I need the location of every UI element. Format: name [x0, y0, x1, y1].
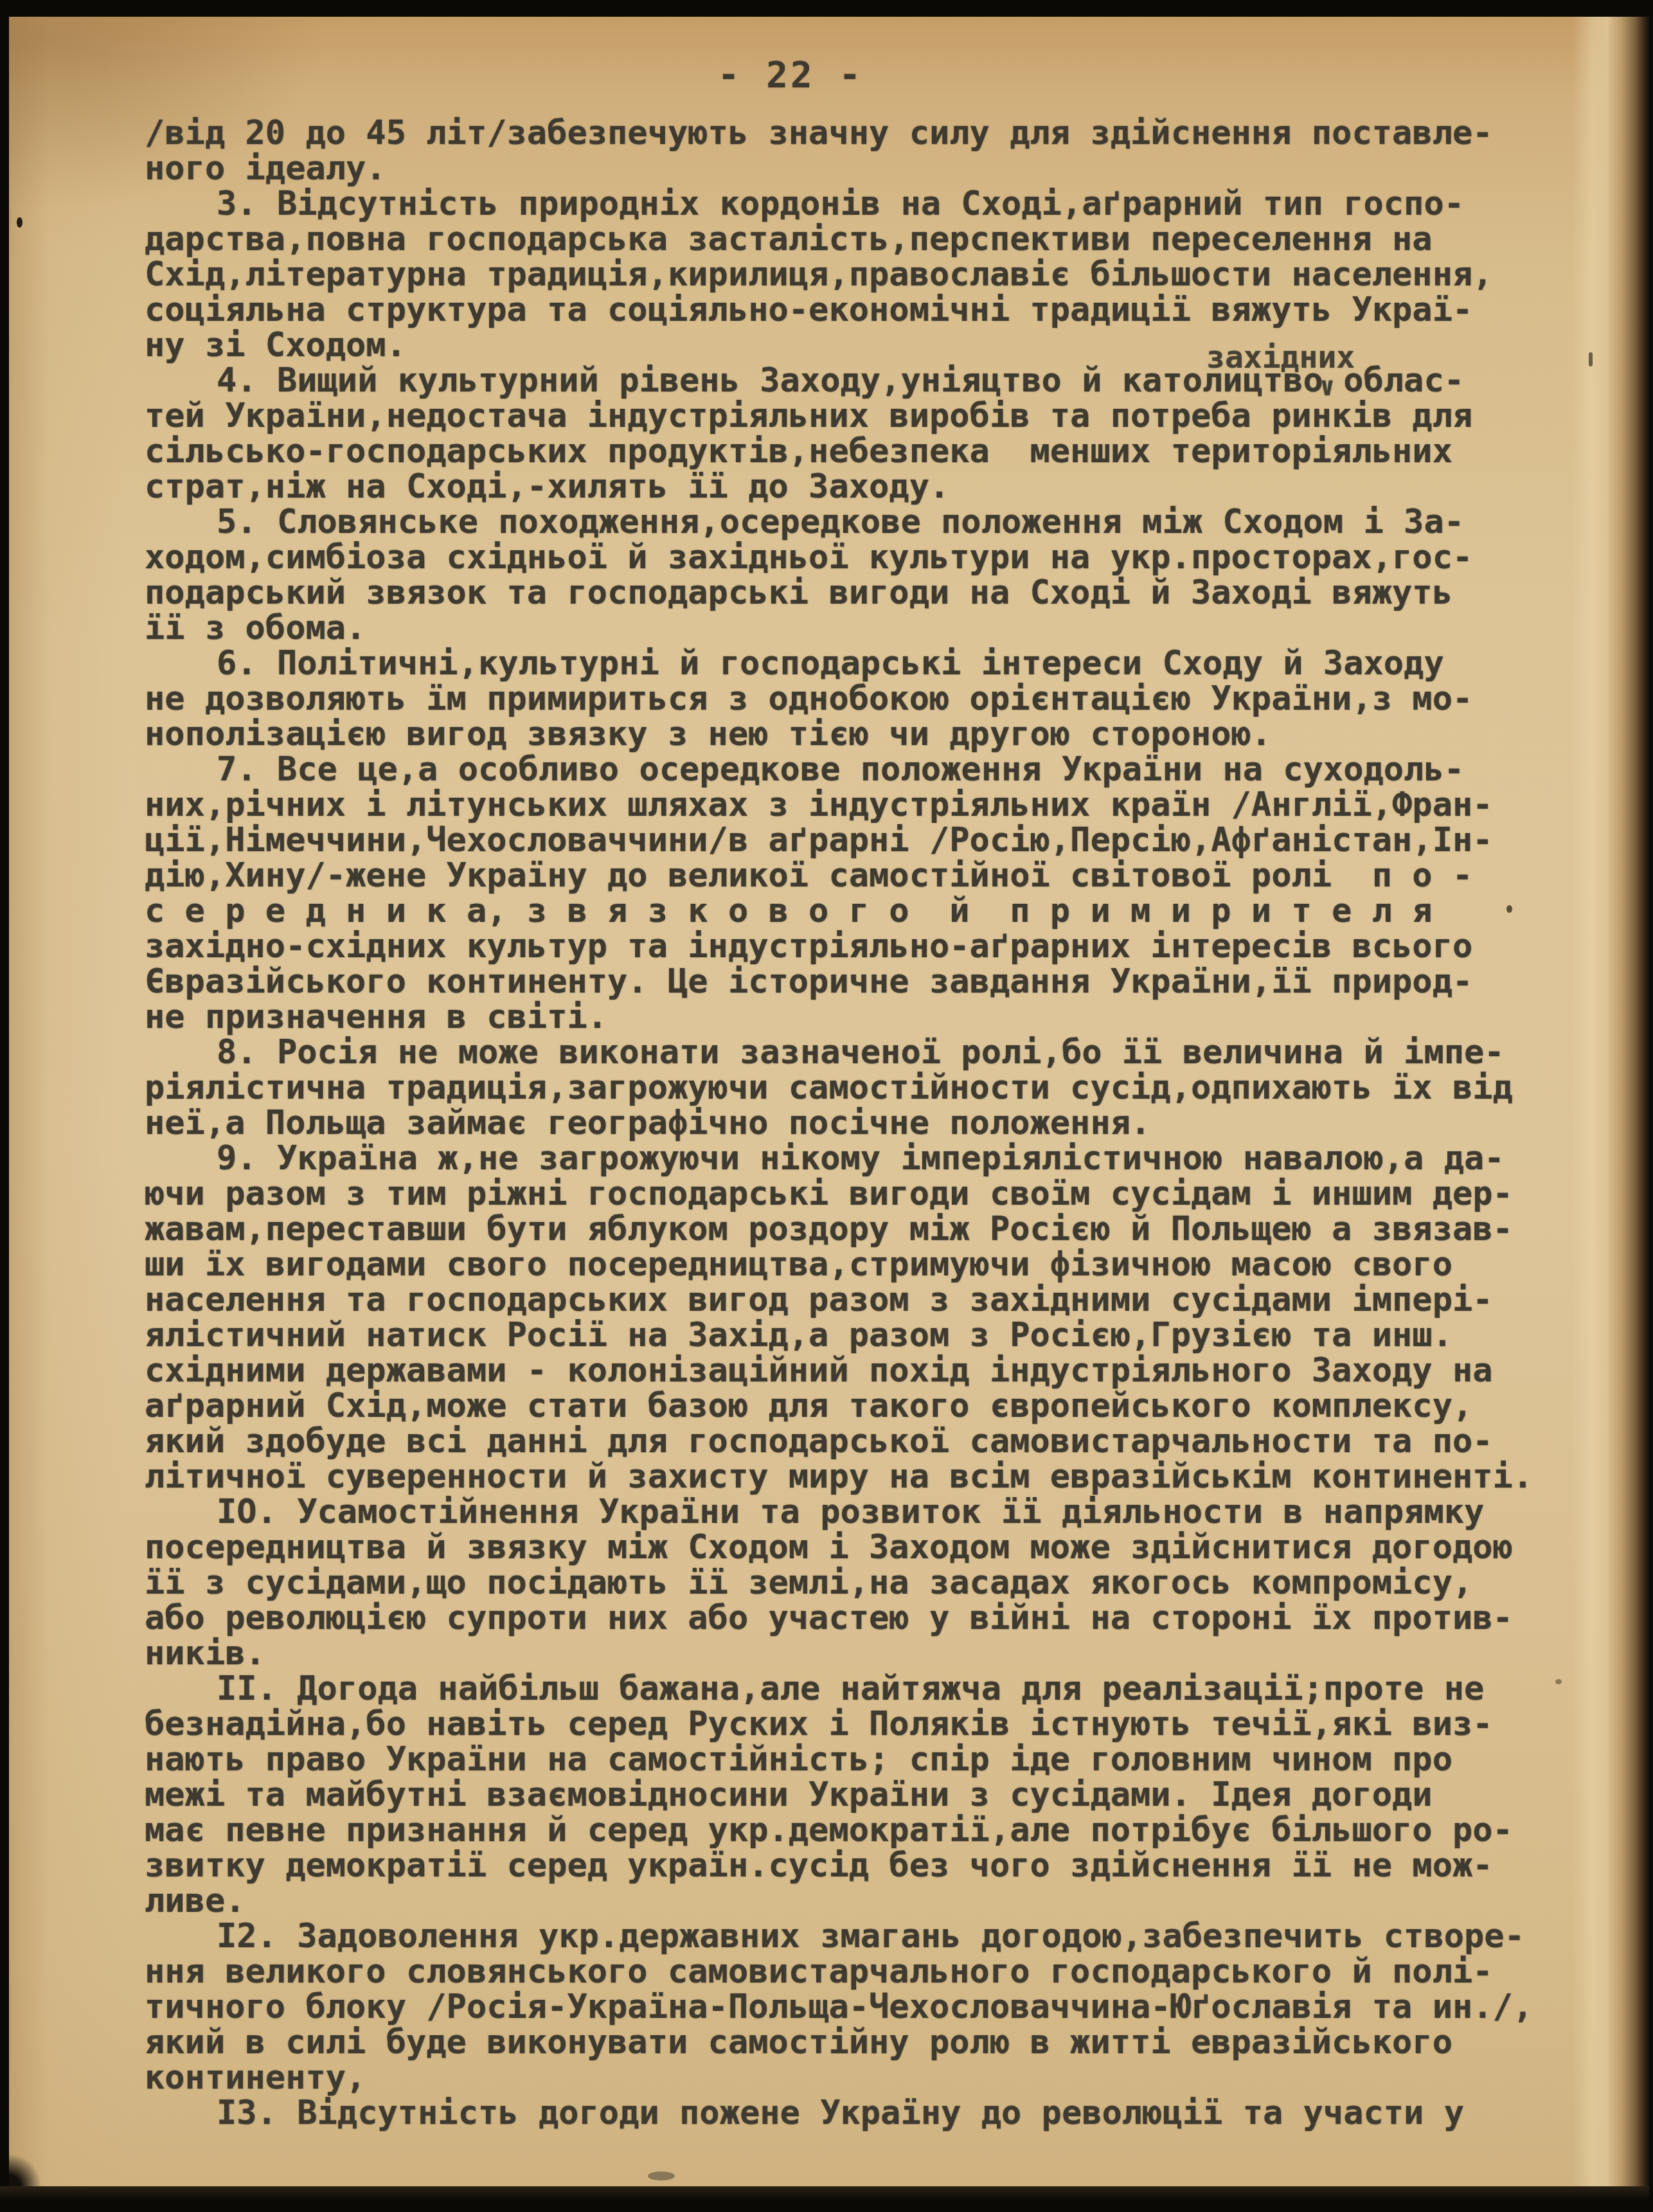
paper-speck	[1589, 352, 1593, 366]
page-number: - 22 -	[0, 54, 1581, 96]
text-line: жавам,переставши бути яблуком роздору мі…	[145, 1212, 1653, 1247]
text-line: 3. Відсутність природніх кордонів на Схо…	[145, 186, 1653, 222]
ink-smudge	[648, 2172, 675, 2181]
text-line: 8. Росія не може виконати зазначеної рол…	[145, 1035, 1653, 1070]
interlinear-insertion: західних	[1206, 342, 1355, 373]
document-body: /від 20 до 45 літ/забезпечують значну си…	[0, 116, 1653, 2131]
paragraph: /від 20 до 45 літ/забезпечують значну си…	[145, 116, 1653, 186]
text-line: не дозволяють їм примириться з однобокою…	[145, 681, 1653, 717]
text-line: 4. Вищий культурний рівень Заходу,уніяцт…	[145, 363, 1653, 399]
text-line: який здобуде всі данні для господарської…	[145, 1424, 1653, 1459]
text-line: них,річних і літунських шляхах з індустр…	[145, 787, 1653, 823]
text-line: ну зі Сходом.	[145, 328, 1653, 363]
text-line: межі та майбутні взаємовідносини України…	[145, 1777, 1653, 1813]
text-line: подарський звязок та господарські вигоди…	[145, 575, 1653, 611]
text-line: континенту,	[145, 2060, 1653, 2096]
text-line: ялістичний натиск Росії на Захід,а разом…	[145, 1318, 1653, 1353]
text-line: неї,а Польща займає географічно посічне …	[145, 1106, 1653, 1141]
paragraph: 8. Росія не може виконати зазначеної рол…	[145, 1035, 1653, 1141]
paper-speck	[1506, 905, 1512, 913]
text-line: ників.	[145, 1636, 1653, 1671]
paragraph: 5. Словянське походження,осередкове поло…	[145, 505, 1653, 646]
paragraph: І2. Задоволення укр.державних змагань до…	[145, 1919, 1653, 2096]
paragraph: ІІ. Догода найбільш бажана,але найтяжча …	[145, 1671, 1653, 1919]
paragraph: 9. Україна ж,не загрожуючи нікому імпері…	[145, 1141, 1653, 1495]
paragraph: 3. Відсутність природніх кордонів на Схо…	[145, 186, 1653, 363]
text-line: її з обома.	[145, 611, 1653, 646]
text-line: Євразійського континенту. Це історичне з…	[145, 964, 1653, 1000]
text-line: Схід,літературна традиція,кирилиця,право…	[145, 257, 1653, 292]
text-line: нають право України на самостійність; сп…	[145, 1742, 1653, 1777]
text-line: дію,Хину/-жене Україну до великої самост…	[145, 858, 1653, 894]
text-line: тей України,недостача індустріяльних вир…	[145, 399, 1653, 434]
text-line: 7. Все це,а особливо осередкове положенн…	[145, 752, 1653, 787]
text-line: західно-східних культур та індустріяльно…	[145, 929, 1653, 964]
paragraph: ІЗ. Відсутність догоди пожене Україну до…	[145, 2096, 1653, 2131]
text-line: ІІ. Догода найбільш бажана,але найтяжча …	[145, 1671, 1653, 1707]
text-line: не призначення в світі.	[145, 1000, 1653, 1035]
paragraph: ІО. Усамостійнення України та розвиток ї…	[145, 1495, 1653, 1671]
text-line: нополізацією вигод звязку з нею тією чи …	[145, 717, 1653, 752]
paragraph: 7. Все це,а особливо осередкове положенн…	[145, 752, 1653, 1035]
paper-speck	[1555, 1679, 1562, 1684]
text-line: ного ідеалу.	[145, 151, 1653, 186]
paper-speck	[17, 217, 22, 228]
caret-mark: ∨	[1319, 370, 1335, 405]
text-line: ходом,симбіоза східньої й західньої куль…	[145, 540, 1653, 575]
text-line: тичного блоку /Росія-Україна-Польща-Чехо…	[145, 1990, 1653, 2025]
text-line: ючи разом з тим ріжні господарські вигод…	[145, 1176, 1653, 1212]
text-line: дарства,повна господарська засталість,пе…	[145, 222, 1653, 257]
text-line: ши їх вигодами свого посередництва,стрим…	[145, 1247, 1653, 1282]
text-line: літичної суверенности й захисту миру на …	[145, 1459, 1653, 1495]
scan-border-top	[0, 0, 1653, 17]
text-line: ІЗ. Відсутність догоди пожене Україну до…	[145, 2096, 1653, 2131]
text-line: ливе.	[145, 1884, 1653, 1919]
scan-border-bottom	[0, 2186, 1653, 2212]
text-line: аґрарний Схід,може стати базою для таког…	[145, 1389, 1653, 1424]
document-scan: - 22 - /від 20 до 45 літ/забезпечують зн…	[0, 0, 1653, 2212]
text-line: східними державами - колонізаційний похі…	[145, 1353, 1653, 1389]
text-line: ння великого словянського самовистарчаль…	[145, 1954, 1653, 1990]
text-line: с е р е д н и к а, з в я з к о в о г о й…	[145, 894, 1653, 929]
text-line: або революцією супроти них або участею у…	[145, 1601, 1653, 1636]
paragraph: 6. Політичні,культурні й господарські ін…	[145, 646, 1653, 752]
text-line: ІО. Усамостійнення України та розвиток ї…	[145, 1495, 1653, 1530]
text-line: 5. Словянське походження,осередкове поло…	[145, 505, 1653, 540]
text-line: ріялістична традиція,загрожуючи самостій…	[145, 1070, 1653, 1106]
text-line: ції,Німеччини,Чехословаччини/в аґрарні /…	[145, 823, 1653, 858]
text-line: 6. Політичні,культурні й господарські ін…	[145, 646, 1653, 681]
text-line: її з сусідами,що посідають її землі,на з…	[145, 1565, 1653, 1601]
text-line: /від 20 до 45 літ/забезпечують значну си…	[145, 116, 1653, 151]
text-line: який в силі буде виконувати самостійну р…	[145, 2025, 1653, 2060]
text-line: посередництва й звязку між Сходом і Захо…	[145, 1530, 1653, 1565]
text-line: населення та господарських вигод разом з…	[145, 1282, 1653, 1318]
text-line: страт,ніж на Сході,-хилять її до Заходу.	[145, 469, 1653, 505]
text-line: І2. Задоволення укр.державних змагань до…	[145, 1919, 1653, 1954]
text-line: має певне признання й серед укр.демократ…	[145, 1813, 1653, 1848]
text-line: сільсько-господарських продуктів,небезпе…	[145, 434, 1653, 469]
paragraph: 4. Вищий культурний рівень Заходу,уніяцт…	[145, 363, 1653, 505]
text-line: 9. Україна ж,не загрожуючи нікому імпері…	[145, 1141, 1653, 1176]
text-line: соціяльна структура та соціяльно-економі…	[145, 292, 1653, 328]
text-line: звитку демократії серед україн.сусід без…	[145, 1848, 1653, 1884]
text-line: безнадійна,бо навіть серед Руских і Поля…	[145, 1707, 1653, 1742]
